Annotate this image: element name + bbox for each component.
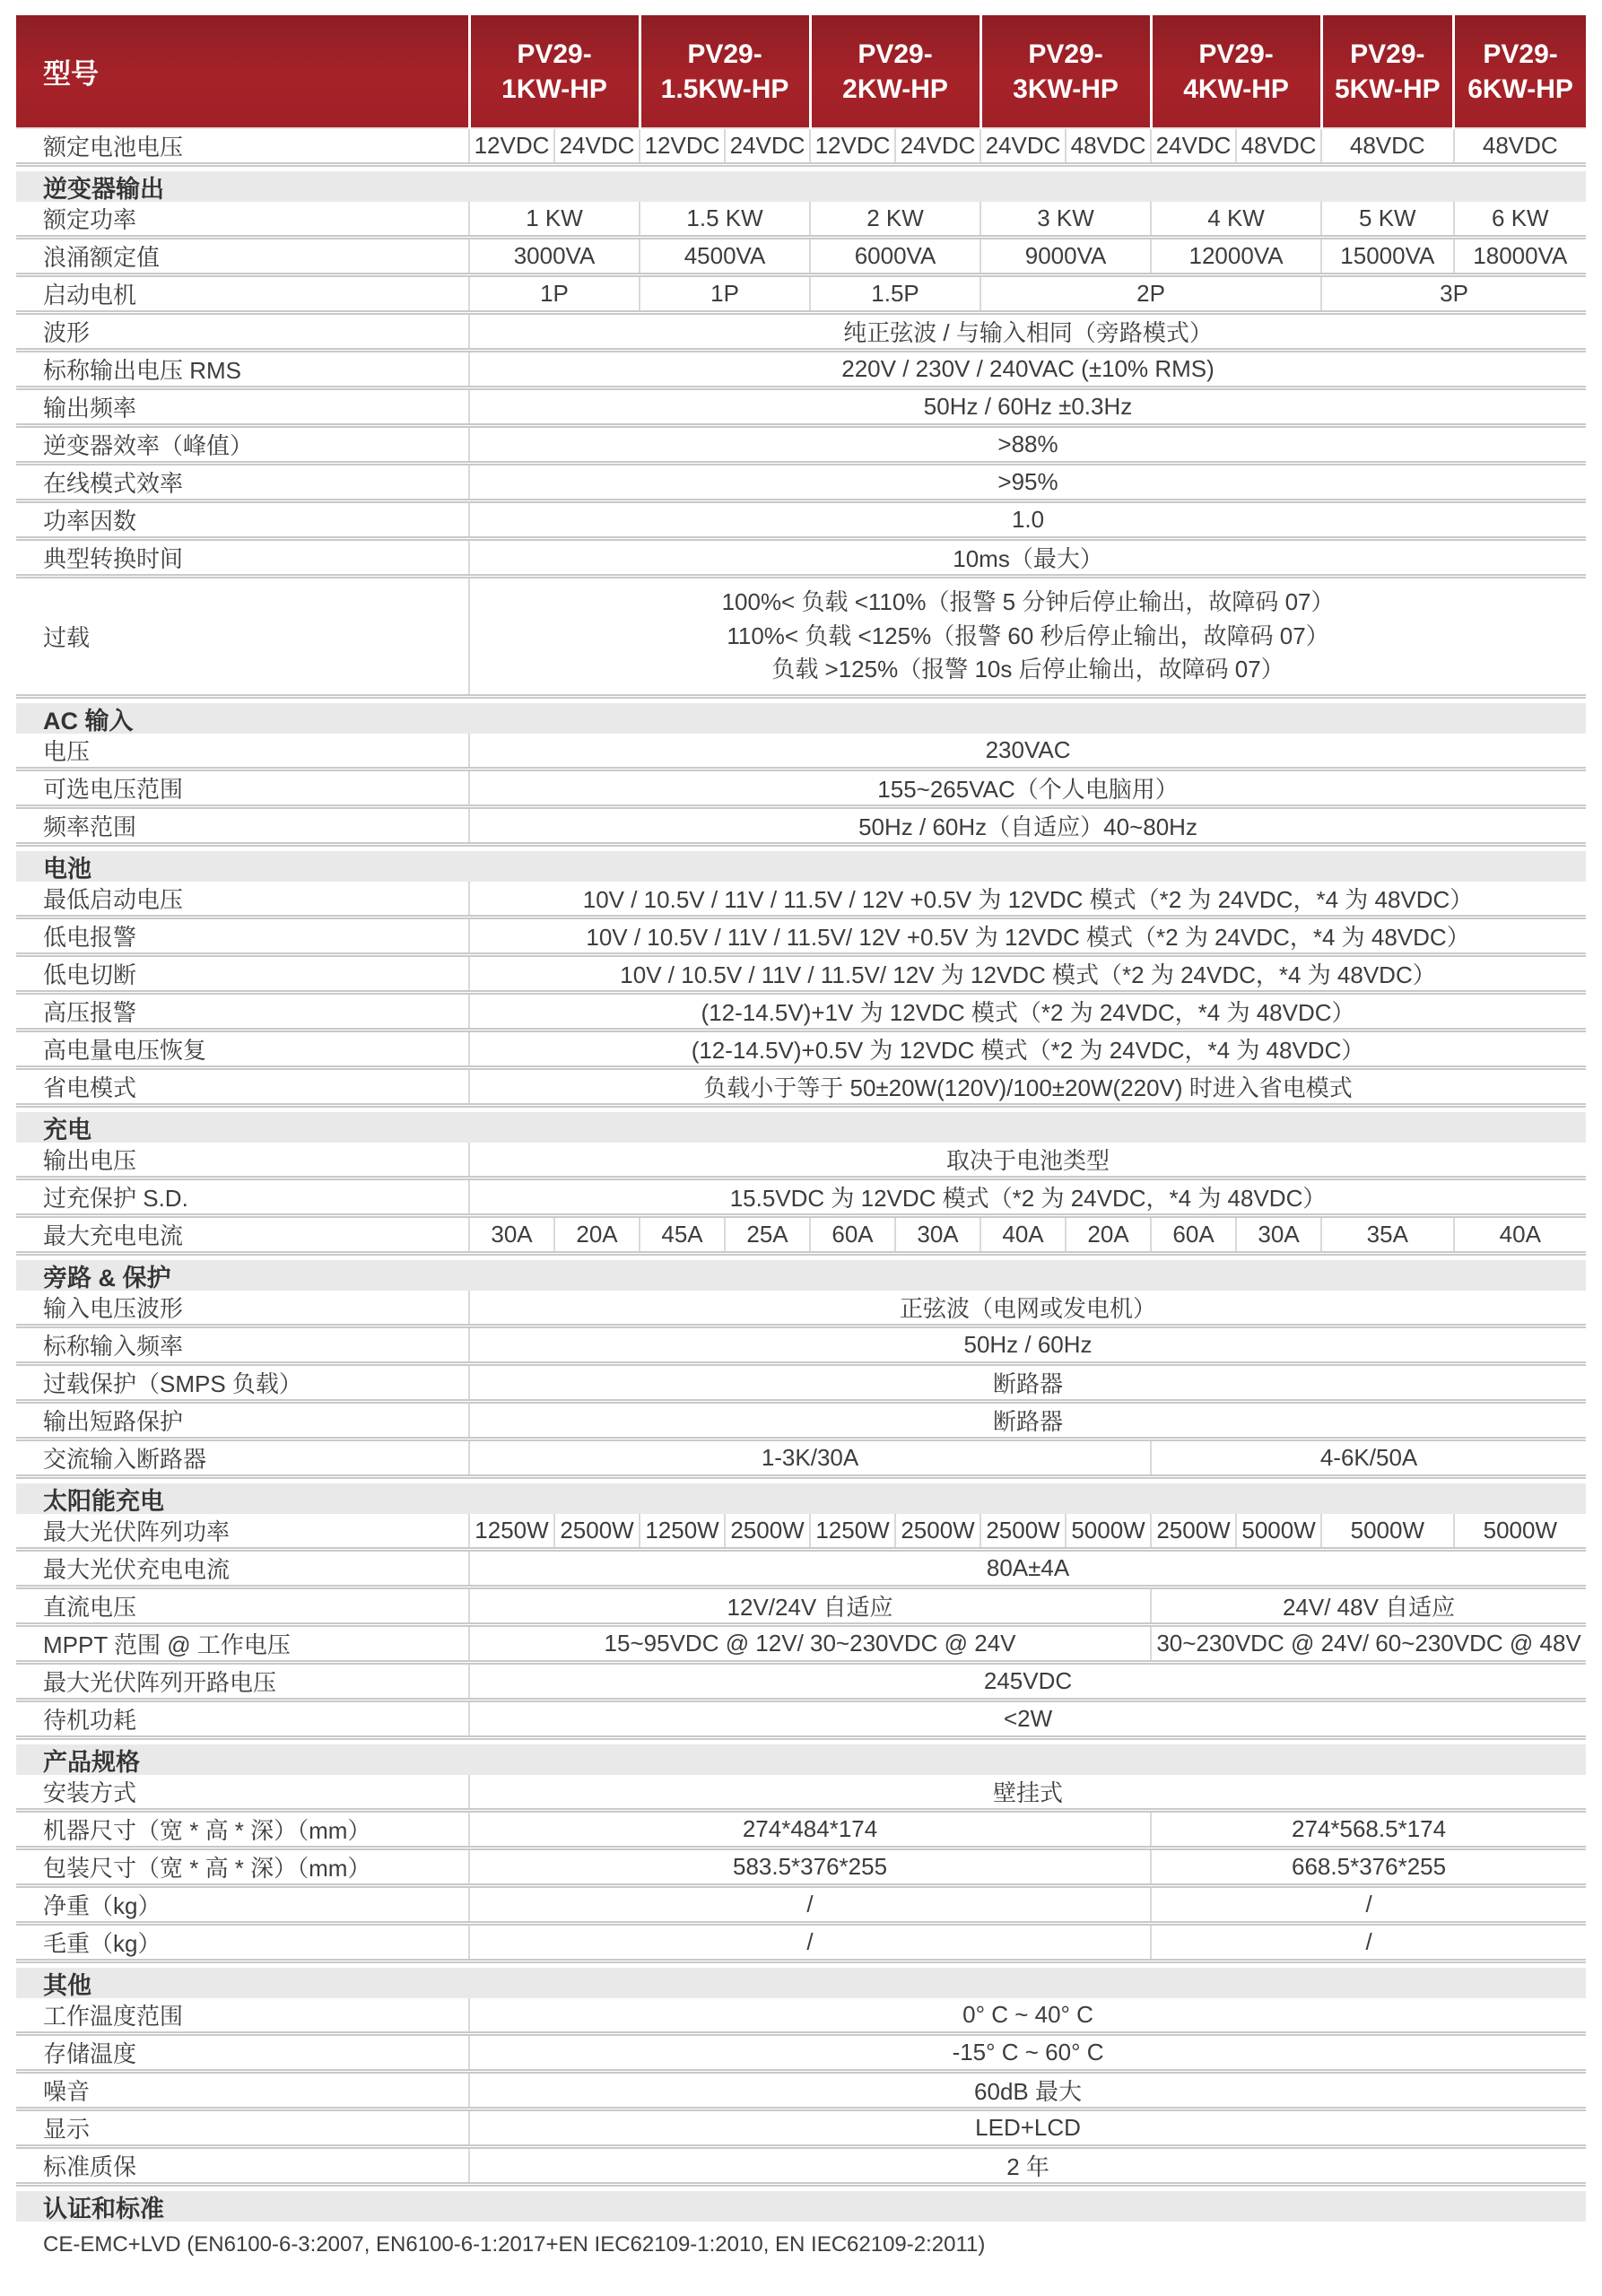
spec-row: 可选电压范围155~265VAC（个人电脑用） <box>16 770 1586 807</box>
row-label: 存储温度 <box>16 2034 469 2072</box>
section-header: 其他 <box>16 1968 1586 1998</box>
spec-row: 额定电池电压12VDC24VDC12VDC24VDC12VDC24VDC24VD… <box>16 128 1586 165</box>
row-label: 浪涌额定值 <box>16 238 469 275</box>
model-name-line: PV29- <box>982 37 1150 72</box>
spec-value: 20A <box>554 1216 640 1254</box>
model-name-line: 3KW-HP <box>982 72 1150 107</box>
spec-value: 18000VA <box>1454 238 1587 275</box>
model-name-line: PV29- <box>641 37 809 72</box>
spec-value: 4 KW <box>1151 202 1321 238</box>
row-label: 直流电压 <box>16 1587 469 1625</box>
row-label: 工作温度范围 <box>16 1998 469 2034</box>
row-label: 显示 <box>16 2109 469 2147</box>
spec-value: 1250W <box>469 1514 554 1550</box>
spec-row: 最大光伏充电电流80A±4A <box>16 1550 1586 1587</box>
spec-row: 低电切断10V / 10.5V / 11V / 11.5V/ 12V 为 12V… <box>16 955 1586 993</box>
section-header: 旁路 & 保护 <box>16 1260 1586 1291</box>
spec-value: 30A <box>895 1216 980 1254</box>
spec-value: 10ms（最大） <box>469 539 1586 577</box>
section-row: AC 输入 <box>16 697 1586 735</box>
row-label: 净重（kg） <box>16 1886 469 1924</box>
spec-value: / <box>1151 1886 1586 1924</box>
model-name-line: PV29- <box>1455 37 1586 72</box>
spec-value: 12VDC <box>469 128 554 165</box>
spec-table: 型号 PV29- 1KW-HP PV29- 1.5KW-HP PV29- 2KW… <box>16 15 1586 2284</box>
spec-row: 频率范围50Hz / 60Hz（自适应）40~80Hz <box>16 807 1586 845</box>
model-header-pv29-1kw-hp: PV29- 1KW-HP <box>469 15 640 128</box>
spec-value: >95% <box>469 464 1586 501</box>
spec-row: 过载100%< 负载 <110%（报警 5 分钟后停止输出，故障码 07） 11… <box>16 577 1586 697</box>
spec-row: 启动电机1P1P1.5P2P3P <box>16 275 1586 313</box>
row-label: 过载 <box>16 577 469 697</box>
spec-value: 50Hz / 60Hz <box>469 1326 1586 1364</box>
row-label: 低电报警 <box>16 918 469 955</box>
spec-value: 24VDC <box>895 128 980 165</box>
row-label: 标称输出电压 RMS <box>16 351 469 388</box>
spec-value: 50Hz / 60Hz（自适应）40~80Hz <box>469 807 1586 845</box>
row-label: 在线模式效率 <box>16 464 469 501</box>
spec-value: 100%< 负载 <110%（报警 5 分钟后停止输出，故障码 07） 110%… <box>469 577 1586 697</box>
spec-row: 待机功耗<2W <box>16 1700 1586 1738</box>
spec-value: 正弦波（电网或发电机） <box>469 1291 1586 1326</box>
spec-value: 断路器 <box>469 1402 1586 1439</box>
spec-row: 输出短路保护断路器 <box>16 1402 1586 1439</box>
spec-value: LED+LCD <box>469 2109 1586 2147</box>
spec-row: 安装方式壁挂式 <box>16 1775 1586 1811</box>
section-header: 逆变器输出 <box>16 171 1586 202</box>
row-label: 过载保护（SMPS 负载） <box>16 1364 469 1402</box>
section-row: 旁路 & 保护 <box>16 1254 1586 1291</box>
row-label: 待机功耗 <box>16 1700 469 1738</box>
model-name-line: PV29- <box>471 37 639 72</box>
row-label: 最低启动电压 <box>16 882 469 918</box>
spec-value: / <box>469 1886 1151 1924</box>
model-name-line: PV29- <box>812 37 979 72</box>
spec-row: 最大光伏阵列开路电压245VDC <box>16 1663 1586 1700</box>
spec-row: 净重（kg）// <box>16 1886 1586 1924</box>
model-header-pv29-2kw-hp: PV29- 2KW-HP <box>810 15 980 128</box>
spec-value: 2500W <box>554 1514 640 1550</box>
spec-value: 40A <box>1454 1216 1587 1254</box>
spec-value: >88% <box>469 426 1586 464</box>
spec-table-body: 额定电池电压12VDC24VDC12VDC24VDC12VDC24VDC24VD… <box>16 128 1586 2284</box>
spec-value: 35A <box>1321 1216 1454 1254</box>
spec-value: 纯正弦波 / 与输入相同（旁路模式） <box>469 313 1586 351</box>
model-name-line: 5KW-HP <box>1323 72 1453 107</box>
spec-row: 最低启动电压10V / 10.5V / 11V / 11.5V / 12V +0… <box>16 882 1586 918</box>
model-name-line: 1.5KW-HP <box>641 72 809 107</box>
row-label: 标准质保 <box>16 2147 469 2185</box>
row-label: 波形 <box>16 313 469 351</box>
spec-value: 24VDC <box>725 128 810 165</box>
spec-value: 1-3K/30A <box>469 1439 1151 1477</box>
section-row: 其他 <box>16 1961 1586 1999</box>
row-label: 启动电机 <box>16 275 469 313</box>
row-label: 高电量电压恢复 <box>16 1031 469 1068</box>
spec-row: 高压报警(12-14.5V)+1V 为 12VDC 模式（*2 为 24VDC，… <box>16 993 1586 1031</box>
spec-row: 低电报警10V / 10.5V / 11V / 11.5V/ 12V +0.5V… <box>16 918 1586 955</box>
spec-value: 20A <box>1066 1216 1151 1254</box>
row-label: 交流输入断路器 <box>16 1439 469 1477</box>
row-label: 过充保护 S.D. <box>16 1178 469 1216</box>
spec-value: 24VDC <box>980 128 1066 165</box>
row-label: 额定功率 <box>16 202 469 238</box>
row-label: 最大光伏充电电流 <box>16 1550 469 1587</box>
spec-value: 12000VA <box>1151 238 1321 275</box>
spec-value: 1P <box>469 275 640 313</box>
spec-value: 4-6K/50A <box>1151 1439 1586 1477</box>
spec-value: 30~230VDC @ 24V/ 60~230VDC @ 48V <box>1151 1625 1586 1663</box>
spec-value: 10V / 10.5V / 11V / 11.5V/ 12V 为 12VDC 模… <box>469 955 1586 993</box>
spec-value: 30A <box>1236 1216 1321 1254</box>
spec-row: 噪音60dB 最大 <box>16 2072 1586 2109</box>
spec-value: (12-14.5V)+1V 为 12VDC 模式（*2 为 24VDC，*4 为… <box>469 993 1586 1031</box>
row-label: 标称输入频率 <box>16 1326 469 1364</box>
section-header: AC 输入 <box>16 703 1586 734</box>
spec-row: 逆变器效率（峰值）>88% <box>16 426 1586 464</box>
spec-row: 显示LED+LCD <box>16 2109 1586 2147</box>
spec-value: 取决于电池类型 <box>469 1143 1586 1178</box>
row-label: MPPT 范围 @ 工作电压 <box>16 1625 469 1663</box>
spec-value: 断路器 <box>469 1364 1586 1402</box>
spec-value: 80A±4A <box>469 1550 1586 1587</box>
row-label: 典型转换时间 <box>16 539 469 577</box>
row-label: 逆变器效率（峰值） <box>16 426 469 464</box>
spec-row: 标称输出电压 RMS220V / 230V / 240VAC (±10% RMS… <box>16 351 1586 388</box>
section-row: 认证和标准 <box>16 2185 1586 2222</box>
spec-value: 48VDC <box>1066 128 1151 165</box>
model-header-pv29-4kw-hp: PV29- 4KW-HP <box>1151 15 1321 128</box>
model-column-label: 型号 <box>16 15 469 128</box>
spec-value: 3000VA <box>469 238 640 275</box>
spec-value: 2 年 <box>469 2147 1586 2185</box>
spec-row: 功率因数1.0 <box>16 501 1586 539</box>
row-label: 最大充电电流 <box>16 1216 469 1254</box>
spec-value: 1P <box>640 275 810 313</box>
model-header-pv29-6kw-hp: PV29- 6KW-HP <box>1454 15 1587 128</box>
section-row: 电池 <box>16 845 1586 883</box>
spec-value: 4500VA <box>640 238 810 275</box>
section-header: 电池 <box>16 851 1586 882</box>
spec-value: 2500W <box>895 1514 980 1550</box>
spec-row: 存储温度-15° C ~ 60° C <box>16 2034 1586 2072</box>
spec-value: 3 KW <box>980 202 1151 238</box>
model-header-pv29-3kw-hp: PV29- 3KW-HP <box>980 15 1151 128</box>
spec-value: 2500W <box>980 1514 1066 1550</box>
spec-value: <2W <box>469 1700 1586 1738</box>
row-label: 功率因数 <box>16 501 469 539</box>
spec-value: 274*568.5*174 <box>1151 1811 1586 1848</box>
spec-value: -15° C ~ 60° C <box>469 2034 1586 2072</box>
spec-value: 1.0 <box>469 501 1586 539</box>
spec-value: 2500W <box>1151 1514 1236 1550</box>
spec-value: 1.5 KW <box>640 202 810 238</box>
spec-value: 1.5P <box>810 275 980 313</box>
spec-row: 额定功率1 KW1.5 KW2 KW3 KW4 KW5 KW6 KW <box>16 202 1586 238</box>
row-label: 包装尺寸（宽 * 高 * 深）（mm） <box>16 1848 469 1886</box>
spec-value: 48VDC <box>1321 128 1454 165</box>
spec-row: 机器尺寸（宽 * 高 * 深）（mm）274*484*174274*568.5*… <box>16 1811 1586 1848</box>
row-label: 频率范围 <box>16 807 469 845</box>
section-row: 太阳能充电 <box>16 1477 1586 1515</box>
section-row: 逆变器输出 <box>16 165 1586 203</box>
section-header: 充电 <box>16 1112 1586 1143</box>
row-label: 额定电池电压 <box>16 128 469 165</box>
spec-value: 5000W <box>1236 1514 1321 1550</box>
row-label: 毛重（kg） <box>16 1924 469 1961</box>
spec-row: MPPT 范围 @ 工作电压15~95VDC @ 12V/ 30~230VDC … <box>16 1625 1586 1663</box>
spec-value: / <box>469 1924 1151 1961</box>
spec-value: 0° C ~ 40° C <box>469 1998 1586 2034</box>
row-label: 安装方式 <box>16 1775 469 1811</box>
spec-value: 583.5*376*255 <box>469 1848 1151 1886</box>
spec-value: 40A <box>980 1216 1066 1254</box>
spec-row: 标称输入频率50Hz / 60Hz <box>16 1326 1586 1364</box>
row-label: 输出频率 <box>16 388 469 426</box>
spec-value: 274*484*174 <box>469 1811 1151 1848</box>
spec-value: 220V / 230V / 240VAC (±10% RMS) <box>469 351 1586 388</box>
certification-text: CE-EMC+LVD (EN6100-6-3:2007, EN6100-6-1:… <box>16 2222 1586 2284</box>
spec-row: 典型转换时间10ms（最大） <box>16 539 1586 577</box>
section-row: 产品规格 <box>16 1738 1586 1776</box>
spec-value: 12VDC <box>810 128 895 165</box>
spec-value: 6000VA <box>810 238 980 275</box>
section-header: 认证和标准 <box>16 2191 1586 2222</box>
section-row: 充电 <box>16 1106 1586 1144</box>
spec-row: 最大充电电流30A20A45A25A60A30A40A20A60A30A35A4… <box>16 1216 1586 1254</box>
spec-value: 3P <box>1321 275 1586 313</box>
section-header: 产品规格 <box>16 1744 1586 1775</box>
spec-row: 交流输入断路器1-3K/30A4-6K/50A <box>16 1439 1586 1477</box>
row-label: 可选电压范围 <box>16 770 469 807</box>
spec-value: 9000VA <box>980 238 1151 275</box>
row-label: 低电切断 <box>16 955 469 993</box>
spec-value: 45A <box>640 1216 725 1254</box>
model-name-line: 2KW-HP <box>812 72 979 107</box>
spec-value: 负载小于等于 50±20W(120V)/100±20W(220V) 时进入省电模… <box>469 1068 1586 1106</box>
row-label: 噪音 <box>16 2072 469 2109</box>
spec-value: 48VDC <box>1236 128 1321 165</box>
spec-value: 1 KW <box>469 202 640 238</box>
spec-value: 5 KW <box>1321 202 1454 238</box>
spec-value: 5000W <box>1454 1514 1587 1550</box>
spec-value: (12-14.5V)+0.5V 为 12VDC 模式（*2 为 24VDC，*4… <box>469 1031 1586 1068</box>
model-name-line: 4KW-HP <box>1153 72 1320 107</box>
spec-row: 电压230VAC <box>16 734 1586 770</box>
spec-value: 48VDC <box>1454 128 1587 165</box>
spec-value: 60A <box>1151 1216 1236 1254</box>
spec-row: 工作温度范围0° C ~ 40° C <box>16 1998 1586 2034</box>
model-name-line: PV29- <box>1153 37 1320 72</box>
spec-value: 15~95VDC @ 12V/ 30~230VDC @ 24V <box>469 1625 1151 1663</box>
spec-value: 24VDC <box>554 128 640 165</box>
spec-value: 10V / 10.5V / 11V / 11.5V/ 12V +0.5V 为 1… <box>469 918 1586 955</box>
row-label: 高压报警 <box>16 993 469 1031</box>
spec-row: 过载保护（SMPS 负载）断路器 <box>16 1364 1586 1402</box>
model-header-pv29-1-5kw-hp: PV29- 1.5KW-HP <box>640 15 810 128</box>
spec-value: 1250W <box>810 1514 895 1550</box>
row-label: 机器尺寸（宽 * 高 * 深）（mm） <box>16 1811 469 1848</box>
spec-row: 在线模式效率>95% <box>16 464 1586 501</box>
spec-value: 50Hz / 60Hz ±0.3Hz <box>469 388 1586 426</box>
row-label: 省电模式 <box>16 1068 469 1106</box>
spec-value: 155~265VAC（个人电脑用） <box>469 770 1586 807</box>
row-label: 最大光伏阵列功率 <box>16 1514 469 1550</box>
model-header-pv29-5kw-hp: PV29- 5KW-HP <box>1321 15 1454 128</box>
section-header: 太阳能充电 <box>16 1483 1586 1514</box>
spec-value: 2P <box>980 275 1321 313</box>
spec-row: 过充保护 S.D.15.5VDC 为 12VDC 模式（*2 为 24VDC，*… <box>16 1178 1586 1216</box>
row-label: 输出电压 <box>16 1143 469 1178</box>
spec-value: 15000VA <box>1321 238 1454 275</box>
row-label: 最大光伏阵列开路电压 <box>16 1663 469 1700</box>
spec-value: 10V / 10.5V / 11V / 11.5V / 12V +0.5V 为 … <box>469 882 1586 918</box>
spec-value: 5000W <box>1066 1514 1151 1550</box>
spec-row: 浪涌额定值3000VA4500VA6000VA9000VA12000VA1500… <box>16 238 1586 275</box>
spec-value: 5000W <box>1321 1514 1454 1550</box>
spec-value: 25A <box>725 1216 810 1254</box>
spec-value: 24V/ 48V 自适应 <box>1151 1587 1586 1625</box>
spec-row: 最大光伏阵列功率1250W2500W1250W2500W1250W2500W25… <box>16 1514 1586 1550</box>
spec-value: 壁挂式 <box>469 1775 1586 1811</box>
spec-value: 24VDC <box>1151 128 1236 165</box>
model-name-line: 6KW-HP <box>1455 72 1586 107</box>
spec-row: 标准质保2 年 <box>16 2147 1586 2185</box>
spec-value: 230VAC <box>469 734 1586 770</box>
spec-value: 15.5VDC 为 12VDC 模式（*2 为 24VDC，*4 为 48VDC… <box>469 1178 1586 1216</box>
spec-value: 30A <box>469 1216 554 1254</box>
spec-value: 12VDC <box>640 128 725 165</box>
spec-value: 6 KW <box>1454 202 1587 238</box>
spec-sheet-page: 型号 PV29- 1KW-HP PV29- 1.5KW-HP PV29- 2KW… <box>0 0 1602 2296</box>
spec-row: 输出频率50Hz / 60Hz ±0.3Hz <box>16 388 1586 426</box>
row-label: 输入电压波形 <box>16 1291 469 1326</box>
spec-row: 高电量电压恢复(12-14.5V)+0.5V 为 12VDC 模式（*2 为 2… <box>16 1031 1586 1068</box>
spec-value: 1250W <box>640 1514 725 1550</box>
table-header: 型号 PV29- 1KW-HP PV29- 1.5KW-HP PV29- 2KW… <box>16 15 1586 128</box>
spec-row: 输入电压波形正弦波（电网或发电机） <box>16 1291 1586 1326</box>
certification-row: CE-EMC+LVD (EN6100-6-3:2007, EN6100-6-1:… <box>16 2222 1586 2284</box>
spec-row: 波形纯正弦波 / 与输入相同（旁路模式） <box>16 313 1586 351</box>
model-name-line: 1KW-HP <box>471 72 639 107</box>
spec-row: 毛重（kg）// <box>16 1924 1586 1961</box>
model-header-row: 型号 PV29- 1KW-HP PV29- 1.5KW-HP PV29- 2KW… <box>16 15 1586 128</box>
model-name-line: PV29- <box>1323 37 1453 72</box>
spec-row: 直流电压12V/24V 自适应24V/ 48V 自适应 <box>16 1587 1586 1625</box>
spec-row: 包装尺寸（宽 * 高 * 深）（mm）583.5*376*255668.5*37… <box>16 1848 1586 1886</box>
spec-value: 60dB 最大 <box>469 2072 1586 2109</box>
spec-value: 668.5*376*255 <box>1151 1848 1586 1886</box>
spec-row: 输出电压取决于电池类型 <box>16 1143 1586 1178</box>
spec-value: 2 KW <box>810 202 980 238</box>
row-label: 输出短路保护 <box>16 1402 469 1439</box>
spec-value: 245VDC <box>469 1663 1586 1700</box>
spec-value: 2500W <box>725 1514 810 1550</box>
spec-value: 12V/24V 自适应 <box>469 1587 1151 1625</box>
spec-row: 省电模式负载小于等于 50±20W(120V)/100±20W(220V) 时进… <box>16 1068 1586 1106</box>
row-label: 电压 <box>16 734 469 770</box>
spec-value: 60A <box>810 1216 895 1254</box>
spec-value: / <box>1151 1924 1586 1961</box>
